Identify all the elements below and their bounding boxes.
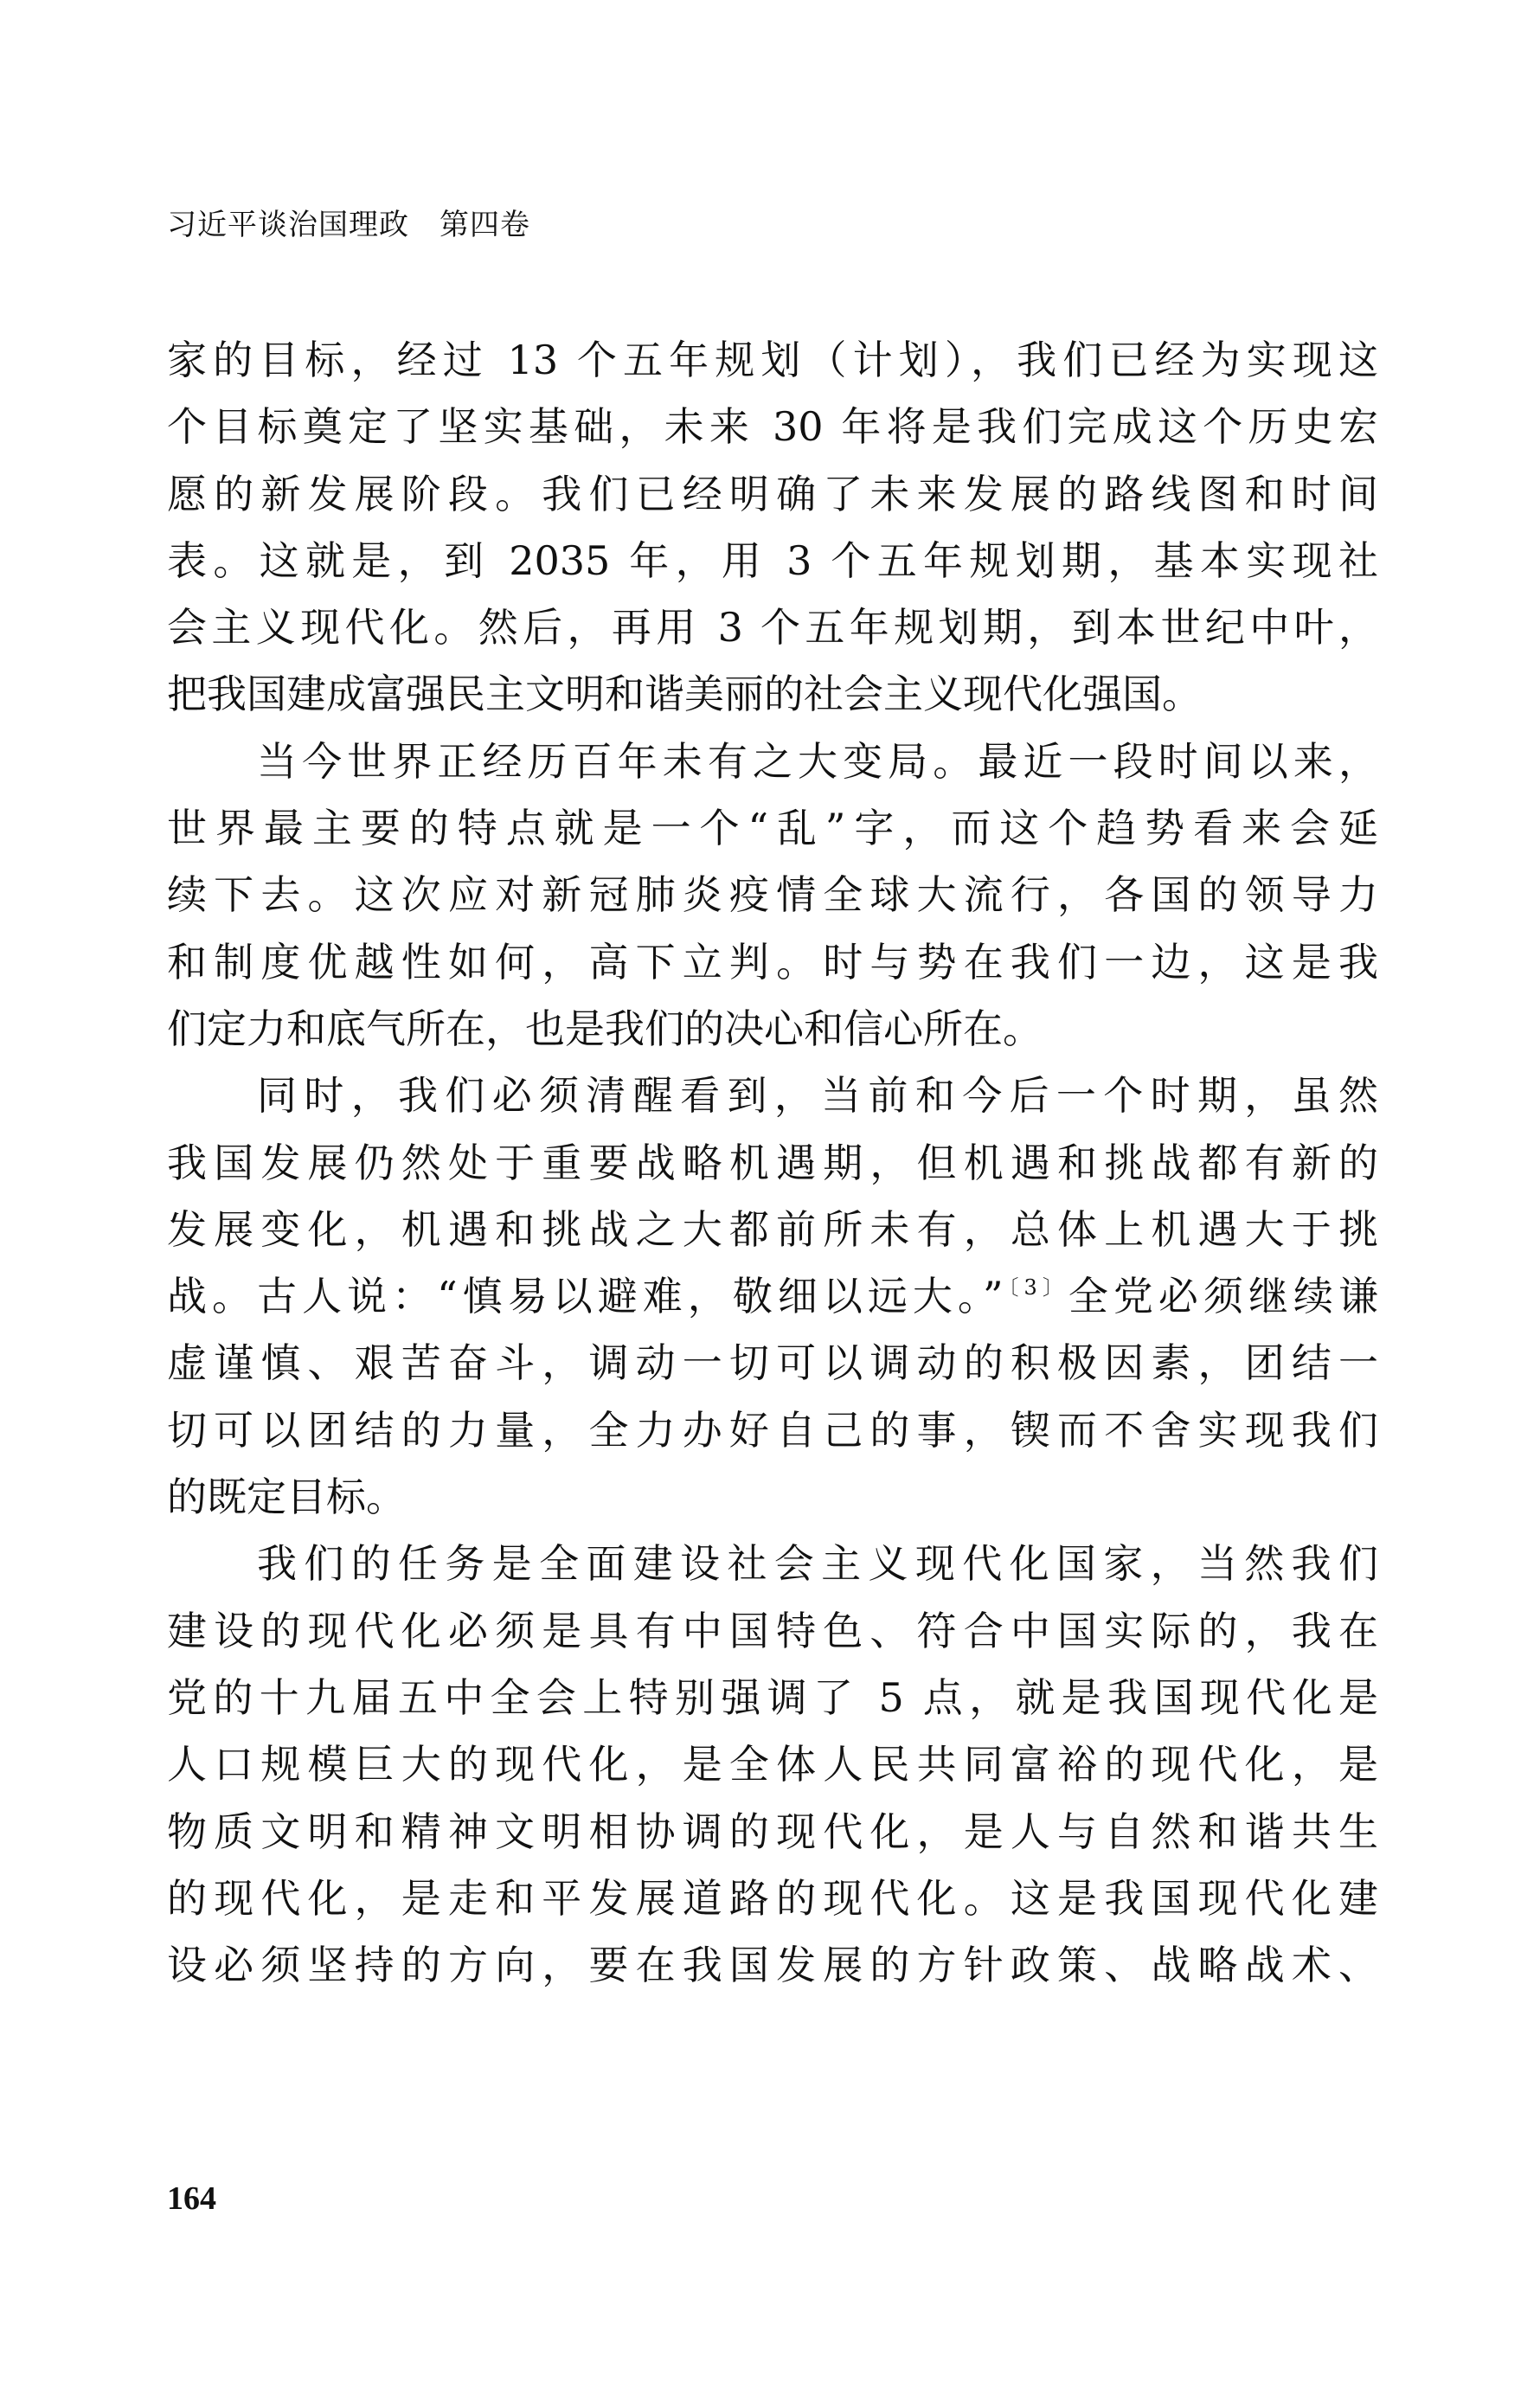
text-line: 个目标奠定了坚实基础，未来 30 年将是我们完成这个历史宏 <box>167 394 1378 460</box>
quote-text: 战。古人说：“慎易以避难，敬细以远大。” <box>167 1273 1003 1319</box>
text-line: 同时，我们必须清醒看到，当前和今后一个时期，虽然 <box>167 1063 1378 1129</box>
text-line: 家的目标，经过 13 个五年规划（计划），我们已经为实现这 <box>167 327 1378 394</box>
text-line: 续下去。这次应对新冠肺炎疫情全球大流行，各国的领导力 <box>167 862 1378 928</box>
text-line: 虚谨慎、艰苦奋斗，调动一切可以调动的积极因素，团结一 <box>167 1330 1378 1397</box>
paragraph-1: 家的目标，经过 13 个五年规划（计划），我们已经为实现这 个目标奠定了坚实基础… <box>167 327 1378 729</box>
paragraph-4: 我们的任务是全面建设社会主义现代化国家，当然我们 建设的现代化必须是具有中国特色… <box>167 1531 1378 1999</box>
paragraph-2: 当今世界正经历百年未有之大变局。最近一段时间以来， 世界最主要的特点就是一个“乱… <box>167 729 1378 1063</box>
text-line: 我国发展仍然处于重要战略机遇期，但机遇和挑战都有新的 <box>167 1130 1378 1197</box>
paragraph-3: 同时，我们必须清醒看到，当前和今后一个时期，虽然 我国发展仍然处于重要战略机遇期… <box>167 1063 1378 1531</box>
text-line: 们定力和底气所在，也是我们的决心和信心所在。 <box>167 996 1378 1063</box>
running-header: 习近平谈治国理政 第四卷 <box>167 206 530 244</box>
text-line: 党的十九届五中全会上特别强调了 5 点，就是我国现代化是 <box>167 1665 1378 1731</box>
text-line: 当今世界正经历百年未有之大变局。最近一段时间以来， <box>167 729 1378 795</box>
page-number: 164 <box>167 2179 216 2218</box>
text-line: 愿的新发展阶段。我们已经明确了未来发展的路线图和时间 <box>167 461 1378 528</box>
text-line: 人口规模巨大的现代化，是全体人民共同富裕的现代化，是 <box>167 1731 1378 1798</box>
text-line: 我们的任务是全面建设社会主义现代化国家，当然我们 <box>167 1531 1378 1597</box>
line-tail: 全党必须继续谦 <box>1068 1273 1378 1319</box>
text-line-with-footnote: 战。古人说：“慎易以避难，敬细以远大。”〔3〕全党必须继续谦 <box>167 1263 1378 1330</box>
text-line: 把我国建成富强民主文明和谐美丽的社会主义现代化强国。 <box>167 661 1378 728</box>
footnote-reference[interactable]: 〔3〕 <box>1003 1275 1068 1300</box>
text-line: 世界最主要的特点就是一个“乱”字，而这个趋势看来会延 <box>167 795 1378 862</box>
text-line: 的既定目标。 <box>167 1464 1378 1531</box>
text-line: 的现代化，是走和平发展道路的现代化。这是我国现代化建 <box>167 1865 1378 1932</box>
text-line: 会主义现代化。然后，再用 3 个五年规划期，到本世纪中叶， <box>167 594 1378 661</box>
text-line: 发展变化，机遇和挑战之大都前所未有，总体上机遇大于挑 <box>167 1197 1378 1263</box>
text-line: 表。这就是，到 2035 年，用 3 个五年规划期，基本实现社 <box>167 528 1378 594</box>
text-line: 切可以团结的力量，全力办好自己的事，锲而不舍实现我们 <box>167 1397 1378 1464</box>
text-line: 建设的现代化必须是具有中国特色、符合中国实际的，我在 <box>167 1598 1378 1665</box>
body-text: 家的目标，经过 13 个五年规划（计划），我们已经为实现这 个目标奠定了坚实基础… <box>167 327 1378 1999</box>
text-line: 设必须坚持的方向，要在我国发展的方针政策、战略战术、 <box>167 1932 1378 1999</box>
text-line: 物质文明和精神文明相协调的现代化，是人与自然和谐共生 <box>167 1799 1378 1865</box>
text-line: 和制度优越性如何，高下立判。时与势在我们一边，这是我 <box>167 929 1378 996</box>
